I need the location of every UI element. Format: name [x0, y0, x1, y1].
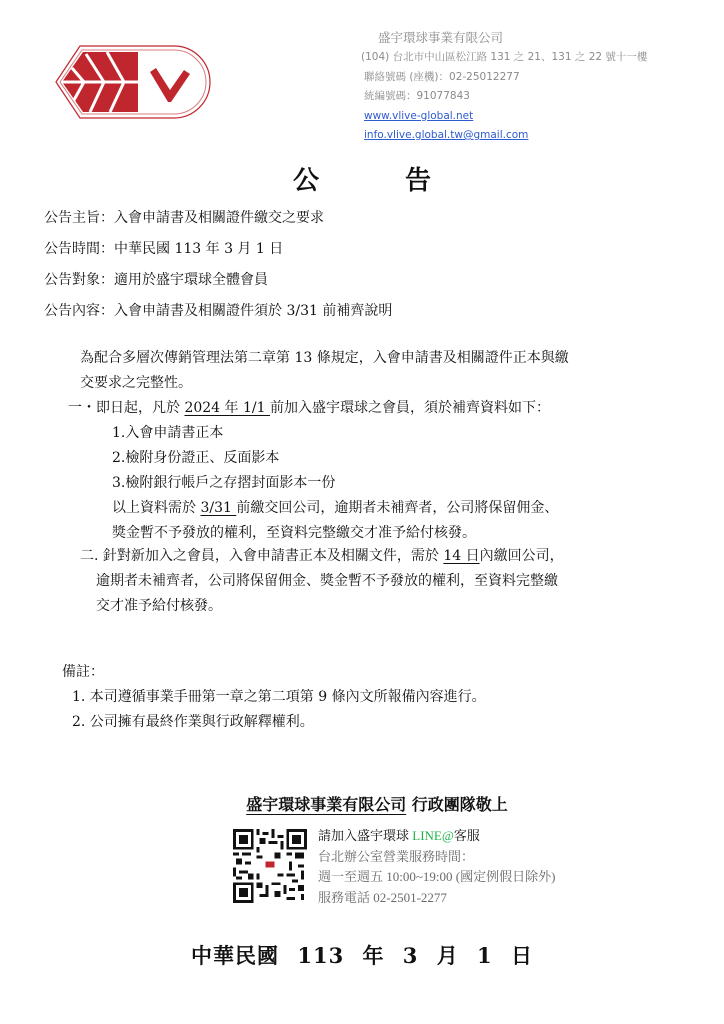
deadline-note: 以上資料需於 3/31 前繳交回公司，逾期者未補齊者，公司將保留佣金、	[112, 496, 569, 521]
page-title: 公告	[0, 160, 724, 197]
company-logo-icon	[52, 40, 216, 124]
office-hours: 週一至週五 10:00~19:00 (國定例假日除外)	[318, 867, 555, 888]
line-qr-code-icon[interactable]	[233, 829, 307, 903]
intro-line-1: 為配合多層次傳銷管理法第二章第 13 條規定，入會申請書及相關證件正本與繳	[80, 346, 569, 371]
section-2-heading: 二. 針對新加入之會員，入會申請書正本及相關文件，需於 14 日內繳回公司，	[80, 544, 564, 569]
section-2-line-2: 逾期者未補齊者，公司將保留佣金、獎金暫不予發放的權利，至資料完整繳	[96, 569, 564, 594]
email-link[interactable]: info.vlive.global.tw@gmail.com	[364, 129, 528, 141]
meta-time: 公告時間：中華民國 113 年 3 月 1 日	[44, 237, 392, 268]
signoff-team: 行政團隊敬上	[406, 795, 508, 814]
required-doc-2: 2.檢附身份證正、反面影本	[112, 446, 569, 471]
deadline-note-line-2: 獎金暫不予發放的權利，至資料完整繳交才准予給付核發。	[112, 521, 569, 546]
meta-target: 公告對象：適用於盛宇環球全體會員	[44, 268, 392, 299]
company-phone: 聯絡號碼 (座機)：02-25012277	[364, 68, 647, 88]
required-doc-1: 1.入會申請書正本	[112, 421, 569, 446]
footer-date: 中華民國 113 年 3 月 1 日	[0, 940, 724, 970]
remarks-label: 備註：	[62, 660, 486, 685]
meta-subject: 公告主旨：入會申請書及相關證件繳交之要求	[44, 206, 392, 237]
company-address: (104) 台北市中山區松江路 131 之 21、131 之 22 號十一樓	[361, 48, 647, 68]
remark-item-1: 1. 本司遵循事業手冊第一章之第二項第 9 條內文所報備內容進行。	[72, 685, 486, 710]
section-1-heading: 一・即日起，凡於 2024 年 1/1 前加入盛宇環球之會員，須於補齊資料如下：	[68, 396, 569, 421]
line-service-info: 請加入盛宇環球 LINE@客服 台北辦公室營業服務時間： 週一至週五 10:00…	[318, 826, 555, 908]
cutoff-date: 2024 年 1/1	[184, 400, 270, 416]
intro-line-2: 交要求之完整性。	[80, 371, 569, 396]
meta-content: 公告內容：入會申請書及相關證件須於 3/31 前補齊說明	[44, 299, 392, 330]
signoff-company: 盛宇環球事業有限公司	[246, 795, 406, 814]
remarks: 備註： 1. 本司遵循事業手冊第一章之第二項第 9 條內文所報備內容進行。 2.…	[62, 660, 486, 735]
section-2-line-3: 交才准予給付核發。	[96, 594, 564, 619]
website-link[interactable]: www.vlive-global.net	[364, 110, 473, 122]
section-1: 為配合多層次傳銷管理法第二章第 13 條規定，入會申請書及相關證件正本與繳 交要…	[80, 346, 569, 546]
office-hours-label: 台北辦公室營業服務時間：	[318, 847, 555, 868]
section-2: 二. 針對新加入之會員，入會申請書正本及相關文件，需於 14 日內繳回公司， 逾…	[96, 544, 564, 619]
deadline-date: 3/31	[200, 500, 236, 516]
submission-days: 14 日	[443, 548, 479, 564]
company-info: 盛宇環球事業有限公司 (104) 台北市中山區松江路 131 之 21、131 …	[358, 28, 647, 146]
company-name: 盛宇環球事業有限公司	[378, 28, 647, 48]
announcement-meta: 公告主旨：入會申請書及相關證件繳交之要求 公告時間：中華民國 113 年 3 月…	[44, 206, 392, 330]
service-phone: 服務電話 02-2501-2277	[318, 888, 555, 909]
required-doc-3: 3.檢附銀行帳戶之存摺封面影本一份	[112, 471, 569, 496]
line-at-label[interactable]: LINE@	[412, 828, 454, 843]
remark-item-2: 2. 公司擁有最終作業與行政解釋權利。	[72, 710, 486, 735]
company-tax-id: 統編號碼：91077843	[364, 87, 647, 107]
line-join-text: 請加入盛宇環球 LINE@客服	[318, 826, 555, 847]
signoff: 盛宇環球事業有限公司 行政團隊敬上	[0, 792, 724, 815]
